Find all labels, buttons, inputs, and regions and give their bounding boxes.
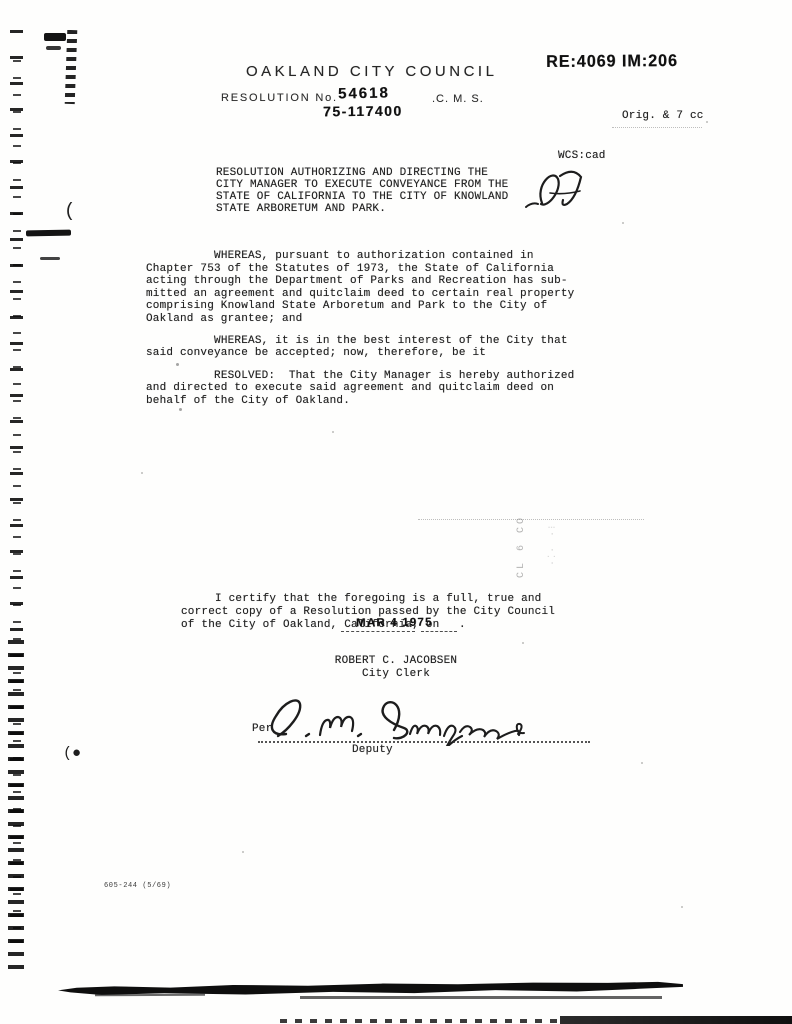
scan-blob [40,257,60,260]
form-number: 605-244 (5/69) [104,882,171,890]
file-number-stamp: 75-117400 [323,103,403,120]
certification-date-underline-right [421,631,457,632]
whereas-paragraph-2: WHEREAS, it is in the best interest of t… [146,335,632,360]
serial-number-stamp: RE:4069 IM:206 [546,51,678,72]
distribution-note: Orig. & 7 cc [622,110,704,123]
certification-date-underline-left [341,631,415,632]
bottom-smear-line [300,996,662,999]
paren-dot-artifact: (● [63,745,81,762]
deputy-title: Deputy [352,744,393,757]
left-edge-artifacts-dense [8,640,24,970]
organization-title: OAKLAND CITY COUNCIL [246,63,497,80]
scan-blob [44,33,66,41]
handwritten-initials [520,163,592,215]
scan-blob [46,46,61,50]
date-filed-stamp: MAR 4 1975 [356,617,433,630]
clerk-name: ROBERT C. JACOBSEN [325,655,467,668]
signature-cursive [262,690,537,746]
resolution-number-value: 54618 [338,84,390,102]
bottom-edge-dashes [280,1019,570,1023]
resolution-body: WHEREAS, pursuant to authorization conta… [146,250,632,408]
bottom-edge-bar [560,1016,792,1024]
scan-streak [65,30,78,104]
bottom-smear-line-left [95,994,205,997]
paren-artifact: ( [64,200,75,222]
cms-suffix: .C. M. S. [432,93,484,105]
faint-vertical-stamp-ghost: ·⁚· ·⁝ [548,456,559,566]
faint-vertical-stamp: CL 6 CO [516,452,527,578]
scanned-resolution-page: RE:4069 IM:206 OAKLAND CITY COUNCIL RESO… [0,0,792,1024]
resolution-title: RESOLUTION AUTHORIZING AND DIRECTING THE… [216,167,536,215]
faint-horizontal-rule [418,519,644,520]
clerk-title: City Clerk [325,668,467,681]
resolved-paragraph: RESOLVED: That the City Manager is hereb… [146,370,632,408]
preparer-initials: WCS:cad [558,150,606,163]
resolution-number-label: RESOLUTION No. [221,92,338,104]
scan-bar [26,230,71,237]
certification-period: . [459,619,466,632]
whereas-paragraph-1: WHEREAS, pursuant to authorization conta… [146,250,632,326]
distribution-underline [612,127,702,128]
signature-underline [258,741,590,743]
